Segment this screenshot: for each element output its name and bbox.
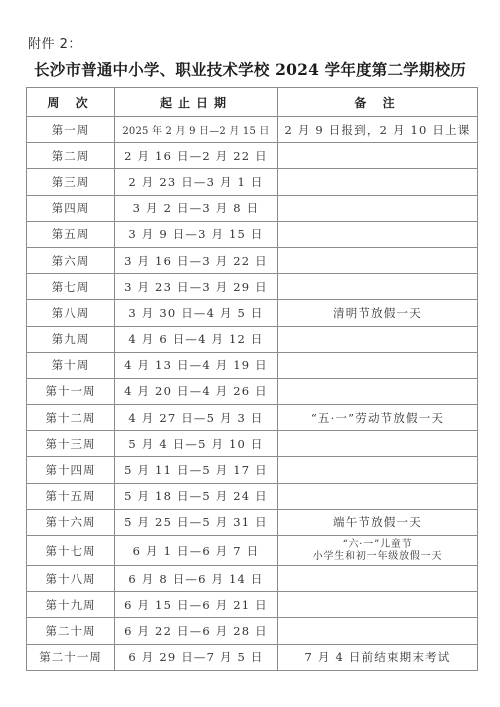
dates-cell: 3 月 2 日—3 月 8 日	[115, 195, 278, 221]
table-row: 第八周 3 月 30 日—4 月 5 日 清明节放假一天	[27, 300, 478, 326]
table-row: 第十三周 5 月 4 日—5 月 10 日	[27, 431, 478, 457]
note-cell	[278, 274, 478, 300]
dates-cell: 6 月 29 日—7 月 5 日	[115, 644, 278, 670]
dates-cell: 3 月 23 日—3 月 29 日	[115, 274, 278, 300]
table-row: 第十周 4 月 13 日—4 月 19 日	[27, 352, 478, 378]
table-header-row: 周 次 起止日期 备 注	[27, 88, 478, 117]
week-cell: 第七周	[27, 274, 115, 300]
table-row: 第二周 2 月 16 日—2 月 22 日	[27, 143, 478, 169]
dates-cell: 4 月 27 日—5 月 3 日	[115, 405, 278, 431]
header-notes: 备 注	[278, 88, 478, 117]
table-row: 第五周 3 月 9 日—3 月 15 日	[27, 221, 478, 247]
week-cell: 第十一周	[27, 378, 115, 404]
dates-cell: 4 月 6 日—4 月 12 日	[115, 326, 278, 352]
header-dates: 起止日期	[115, 88, 278, 117]
note-cell	[278, 352, 478, 378]
week-cell: 第二十周	[27, 618, 115, 644]
table-row: 第一周 2025 年 2 月 9 日—2 月 15 日 2 月 9 日报到，2 …	[27, 117, 478, 143]
week-cell: 第八周	[27, 300, 115, 326]
dates-cell: 5 月 4 日—5 月 10 日	[115, 431, 278, 457]
note-cell	[278, 592, 478, 618]
note-cell	[278, 221, 478, 247]
note-line-2: 小学生和初一年级放假一天	[278, 551, 477, 563]
week-cell: 第十五周	[27, 483, 115, 509]
school-calendar-table: 周 次 起止日期 备 注 第一周 2025 年 2 月 9 日—2 月 15 日…	[26, 87, 478, 671]
week-cell: 第十八周	[27, 566, 115, 592]
week-cell: 第十六周	[27, 509, 115, 535]
dates-cell: 2025 年 2 月 9 日—2 月 15 日	[115, 117, 278, 143]
table-row: 第九周 4 月 6 日—4 月 12 日	[27, 326, 478, 352]
week-cell: 第十二周	[27, 405, 115, 431]
table-row: 第三周 2 月 23 日—3 月 1 日	[27, 169, 478, 195]
week-cell: 第十九周	[27, 592, 115, 618]
week-cell: 第九周	[27, 326, 115, 352]
dates-cell: 6 月 15 日—6 月 21 日	[115, 592, 278, 618]
table-row: 第四周 3 月 2 日—3 月 8 日	[27, 195, 478, 221]
dates-cell: 4 月 13 日—4 月 19 日	[115, 352, 278, 378]
dates-cell: 6 月 22 日—6 月 28 日	[115, 618, 278, 644]
dates-cell: 6 月 8 日—6 月 14 日	[115, 566, 278, 592]
note-cell	[278, 483, 478, 509]
dates-cell: 3 月 16 日—3 月 22 日	[115, 247, 278, 273]
week-cell: 第二周	[27, 143, 115, 169]
table-row: 第七周 3 月 23 日—3 月 29 日	[27, 274, 478, 300]
dates-cell: 5 月 18 日—5 月 24 日	[115, 483, 278, 509]
table-row: 第十六周 5 月 25 日—5 月 31 日 端午节放假一天	[27, 509, 478, 535]
table-row: 第十七周 6 月 1 日—6 月 7 日 “六·一”儿童节 小学生和初一年级放假…	[27, 536, 478, 566]
note-cell	[278, 169, 478, 195]
dates-cell: 5 月 11 日—5 月 17 日	[115, 457, 278, 483]
week-cell: 第三周	[27, 169, 115, 195]
dates-cell: 5 月 25 日—5 月 31 日	[115, 509, 278, 535]
dates-cell: 6 月 1 日—6 月 7 日	[115, 536, 278, 566]
note-cell	[278, 431, 478, 457]
week-cell: 第十四周	[27, 457, 115, 483]
note-cell: “六·一”儿童节 小学生和初一年级放假一天	[278, 536, 478, 566]
dates-cell: 2 月 23 日—3 月 1 日	[115, 169, 278, 195]
table-row: 第二十一周 6 月 29 日—7 月 5 日 7 月 4 日前结束期末考试	[27, 644, 478, 670]
header-week: 周 次	[27, 88, 115, 117]
table-row: 第六周 3 月 16 日—3 月 22 日	[27, 247, 478, 273]
note-cell	[278, 247, 478, 273]
week-cell: 第二十一周	[27, 644, 115, 670]
table-row: 第十四周 5 月 11 日—5 月 17 日	[27, 457, 478, 483]
table-row: 第十二周 4 月 27 日—5 月 3 日 “五·一”劳动节放假一天	[27, 405, 478, 431]
note-cell: “五·一”劳动节放假一天	[278, 405, 478, 431]
table-row: 第十一周 4 月 20 日—4 月 26 日	[27, 378, 478, 404]
note-cell: 清明节放假一天	[278, 300, 478, 326]
note-line-1: “六·一”儿童节	[278, 539, 477, 551]
note-cell	[278, 378, 478, 404]
week-cell: 第四周	[27, 195, 115, 221]
dates-cell: 3 月 30 日—4 月 5 日	[115, 300, 278, 326]
note-cell: 端午节放假一天	[278, 509, 478, 535]
dates-cell: 2 月 16 日—2 月 22 日	[115, 143, 278, 169]
note-cell	[278, 326, 478, 352]
note-cell	[278, 143, 478, 169]
note-cell	[278, 566, 478, 592]
dates-cell: 4 月 20 日—4 月 26 日	[115, 378, 278, 404]
table-row: 第十八周 6 月 8 日—6 月 14 日	[27, 566, 478, 592]
attachment-label: 附件 2：	[28, 33, 82, 52]
table-row: 第十五周 5 月 18 日—5 月 24 日	[27, 483, 478, 509]
week-cell: 第一周	[27, 117, 115, 143]
week-cell: 第五周	[27, 221, 115, 247]
week-cell: 第十七周	[27, 536, 115, 566]
note-cell: 7 月 4 日前结束期末考试	[278, 644, 478, 670]
week-cell: 第十周	[27, 352, 115, 378]
note-cell	[278, 195, 478, 221]
dates-cell: 3 月 9 日—3 月 15 日	[115, 221, 278, 247]
note-cell	[278, 457, 478, 483]
note-cell: 2 月 9 日报到，2 月 10 日上课	[278, 117, 478, 143]
table-row: 第十九周 6 月 15 日—6 月 21 日	[27, 592, 478, 618]
note-cell	[278, 618, 478, 644]
document-title: 长沙市普通中小学、职业技术学校 2024 学年度第二学期校历	[0, 58, 500, 80]
table-row: 第二十周 6 月 22 日—6 月 28 日	[27, 618, 478, 644]
week-cell: 第十三周	[27, 431, 115, 457]
week-cell: 第六周	[27, 247, 115, 273]
